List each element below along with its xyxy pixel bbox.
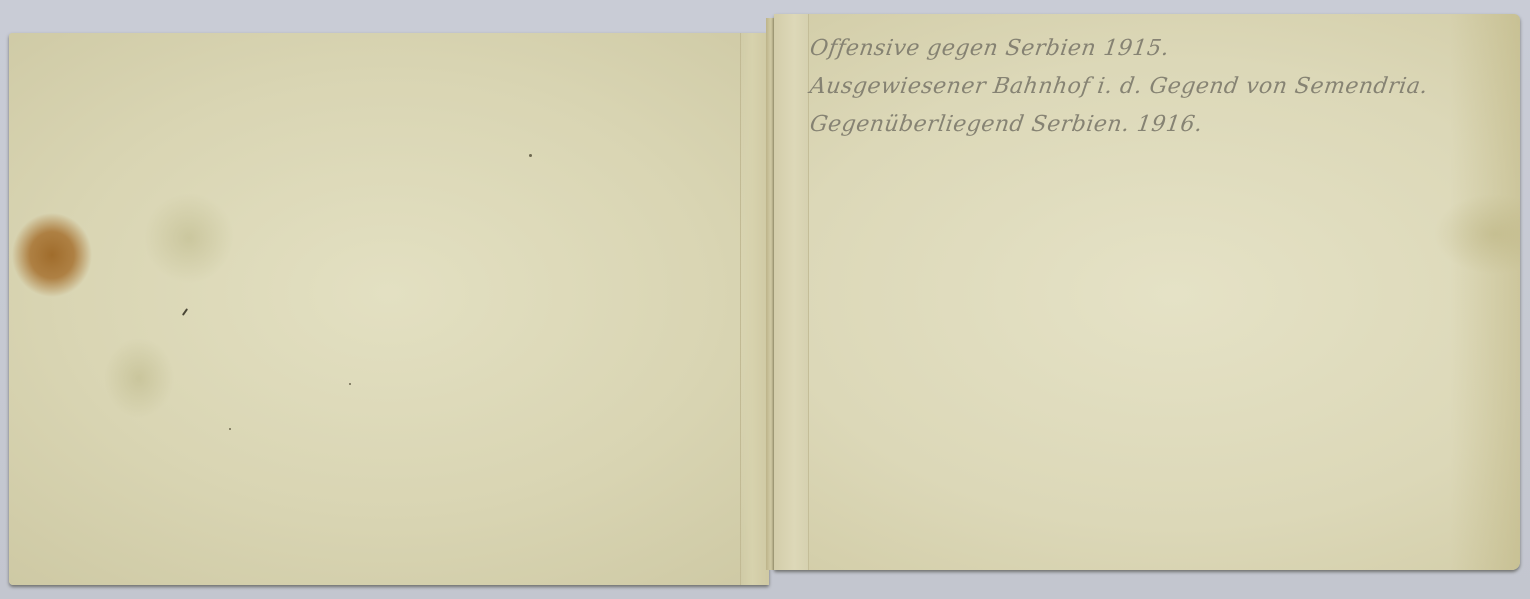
- speck: [529, 154, 532, 157]
- fold-crease: [740, 33, 769, 585]
- left-page: [9, 33, 769, 585]
- page-edge: [1450, 14, 1520, 570]
- caption-line-2: Ausgewiesener Bahnhof i. d. Gegend von S…: [807, 68, 1430, 106]
- ink-mark: [182, 308, 188, 316]
- hinge-strip: [774, 14, 809, 570]
- caption-line-3: Gegenüberliegend Serbien. 1916.: [807, 106, 1430, 144]
- caption-line-1: Offensive gegen Serbien 1915.: [807, 30, 1430, 68]
- right-page: Offensive gegen Serbien 1915. Ausgewiese…: [774, 14, 1520, 570]
- speck: [229, 428, 231, 430]
- speck: [349, 383, 351, 385]
- handwritten-caption: Offensive gegen Serbien 1915. Ausgewiese…: [810, 30, 1428, 144]
